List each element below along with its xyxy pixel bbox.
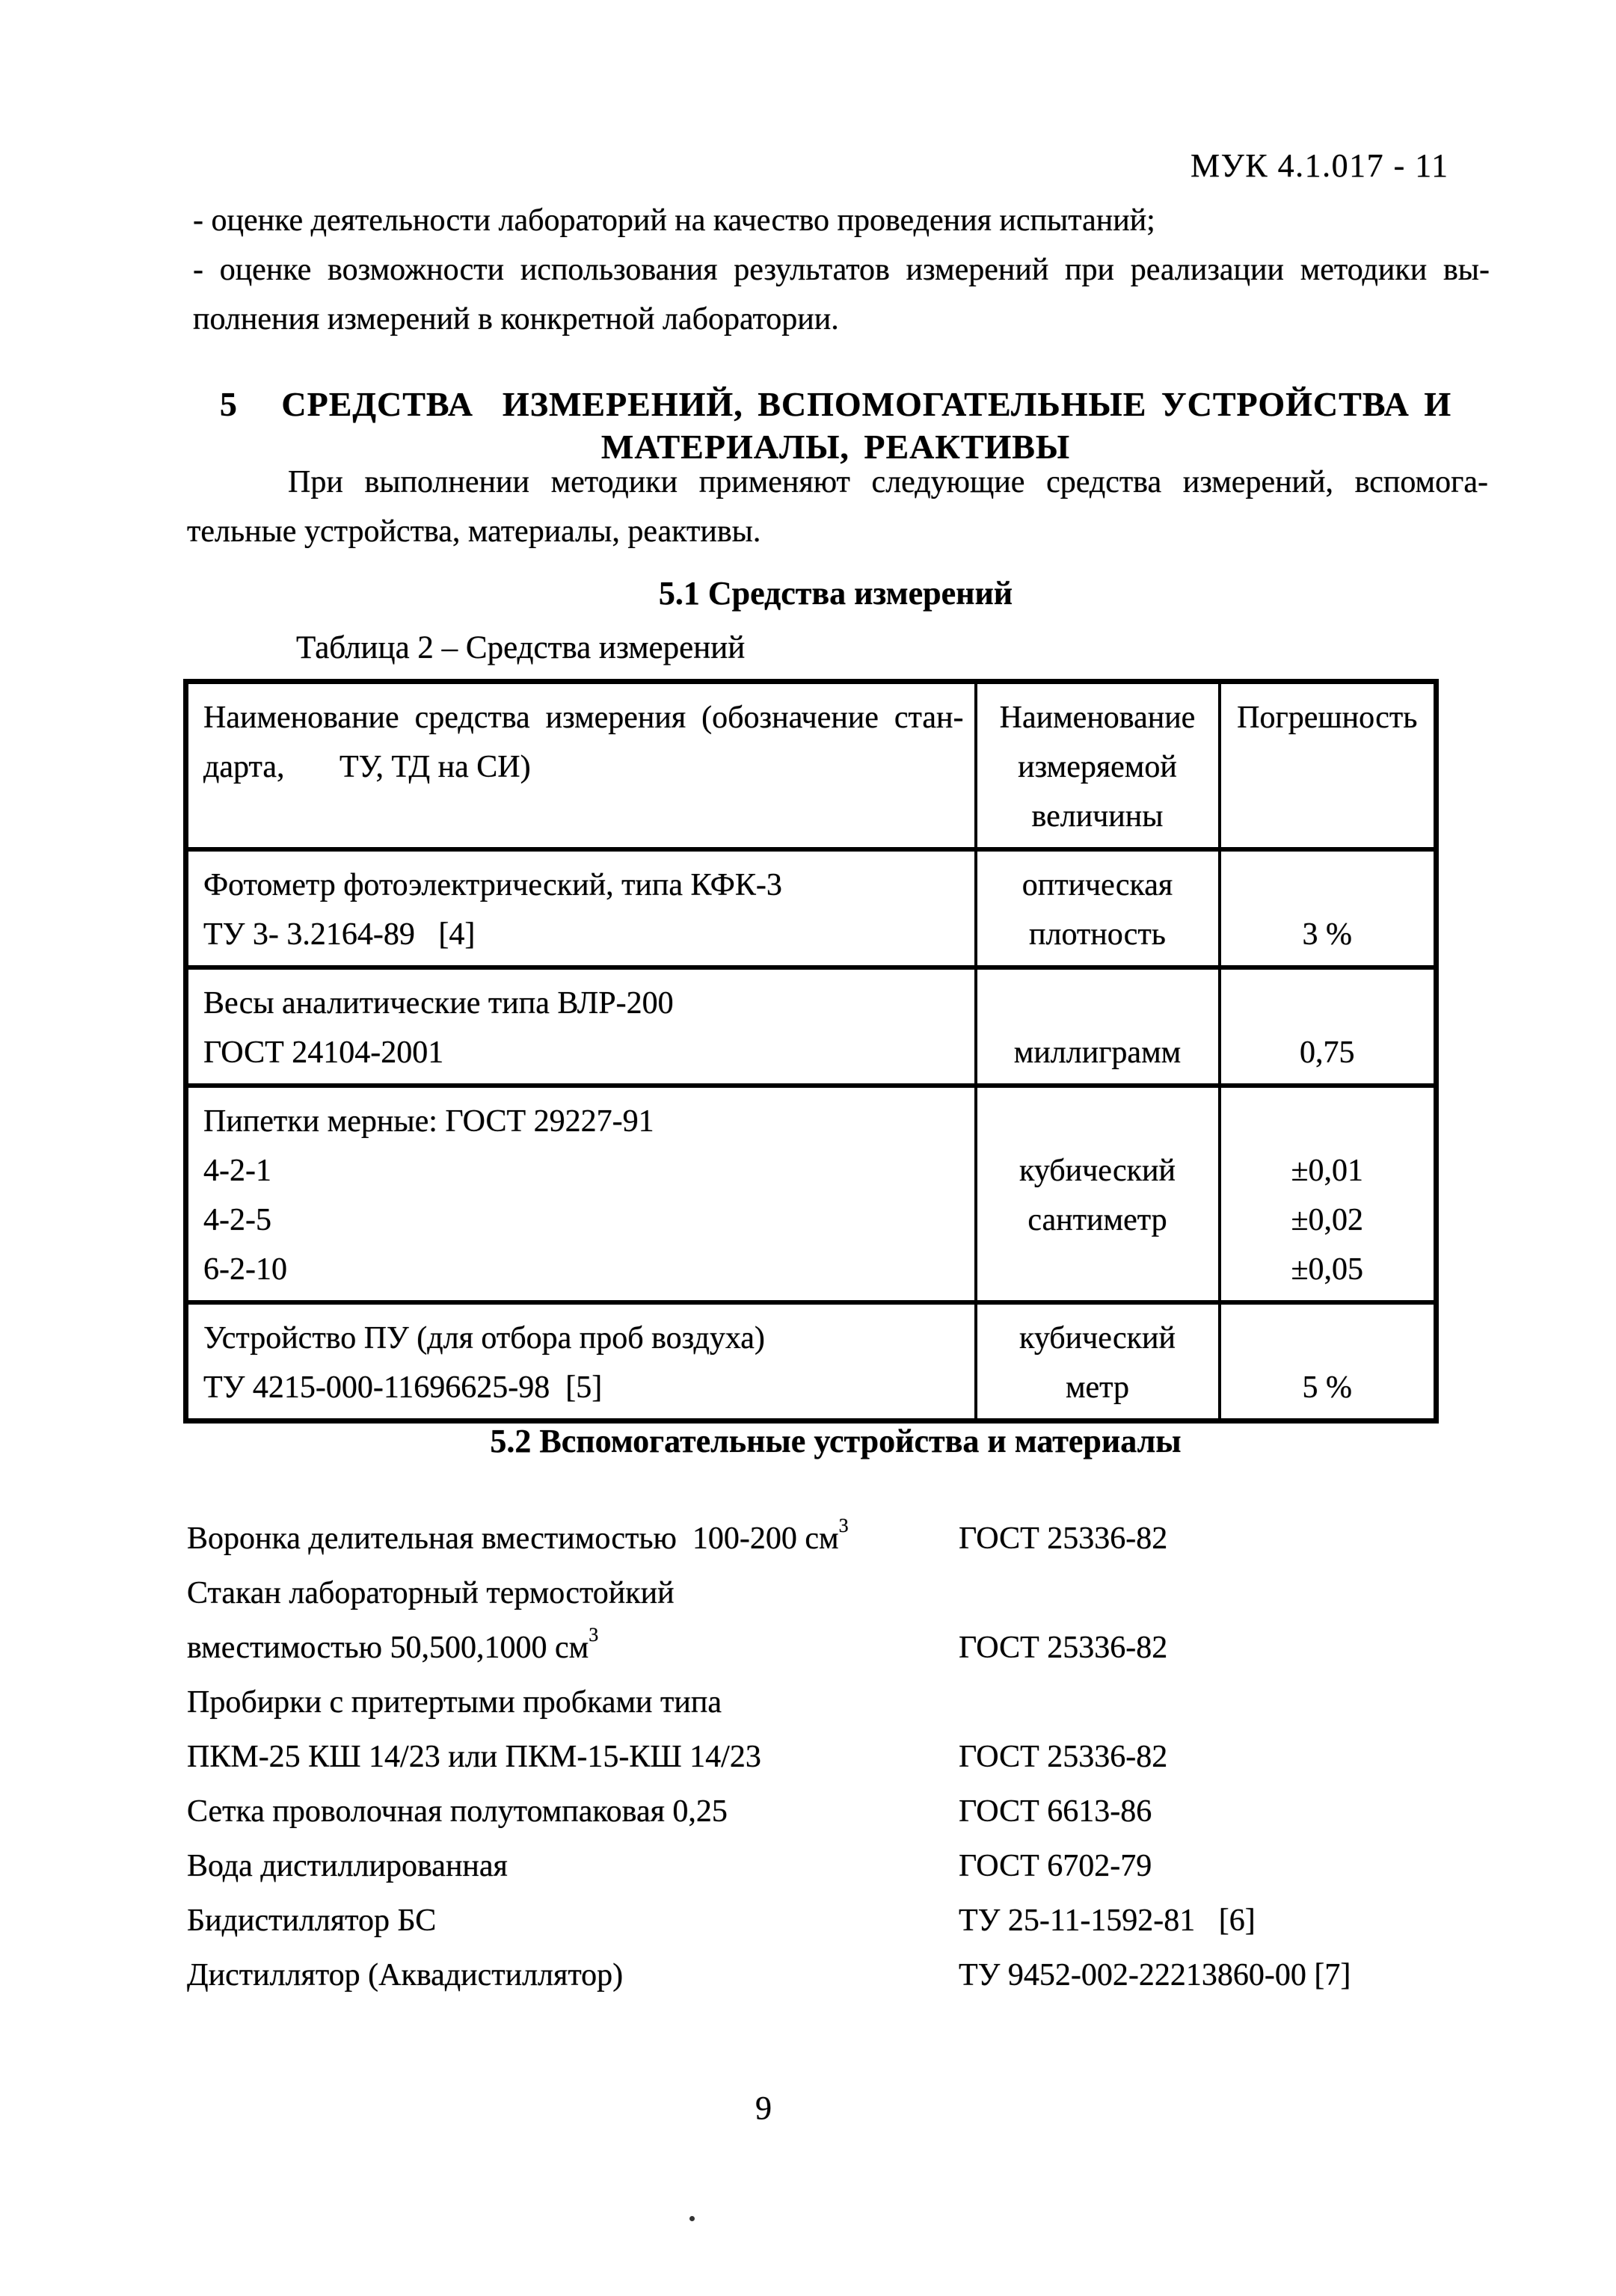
- list-item: Дистиллятор (Аквадистиллятор) ТУ 9452-00…: [187, 1948, 1503, 2003]
- superscript: 3: [589, 1624, 598, 1646]
- table-row: Устройство ПУ (для отбора проб воздуха) …: [186, 1302, 1437, 1421]
- list-item: вместимостью 50,500,1000 см3 ГОСТ 25336-…: [187, 1621, 1503, 1675]
- equipment-list: Воронка делительная вместимостью 100-200…: [187, 1512, 1503, 2003]
- document-page: МУК 4.1.017 - 11 - оценке деятельности л…: [0, 0, 1616, 2296]
- measurement-instruments-table: Наименование средства измерения (обознач…: [183, 679, 1439, 1424]
- section-5-2-heading: 5.2 Вспомогательные устройства и материа…: [183, 1422, 1488, 1460]
- list-item: ПКМ-25 КШ 14/23 или ПКМ-15-КШ 14/23 ГОСТ…: [187, 1730, 1503, 1785]
- list-item: Пробирки с притертыми пробками типа: [187, 1675, 1503, 1730]
- section-5-heading-line-1: 5 СРЕДСТВА ИЗМЕРЕНИЙ, ВСПОМОГАТЕЛЬНЫЕ УС…: [183, 383, 1488, 425]
- section-5-paragraph-line-2: тельные устройства, материалы, реактивы.: [187, 507, 1488, 556]
- header-cell-error: Погрешность: [1220, 682, 1437, 850]
- list-item: Сетка проволочная полутомпаковая 0,25 ГО…: [187, 1785, 1503, 1839]
- list-item: Бидистиллятор БС ТУ 25-11-1592-81 [6]: [187, 1894, 1503, 1948]
- section-5-heading: 5 СРЕДСТВА ИЗМЕРЕНИЙ, ВСПОМОГАТЕЛЬНЫЕ УС…: [183, 383, 1488, 468]
- intro-bullet-1: - оценке деятельности лабораторий на кач…: [193, 196, 1490, 245]
- section-5-1-heading: 5.1 Средства измерений: [183, 574, 1488, 612]
- intro-paragraphs: - оценке деятельности лабораторий на кач…: [193, 196, 1490, 344]
- page-number: 9: [0, 2089, 1527, 2127]
- intro-bullet-2-line-2: полнения измерений в конкретной лаборато…: [193, 295, 1490, 344]
- section-5-paragraph-line-1: При выполнении методики применяют следую…: [187, 458, 1488, 507]
- list-item: Стакан лабораторный термостойкий: [187, 1566, 1503, 1621]
- table-header-row: Наименование средства измерения (обознач…: [186, 682, 1437, 850]
- table-row: Весы аналитические типа ВЛР-200 ГОСТ 241…: [186, 967, 1437, 1086]
- header-cell-quantity: Наименование измеряемой величины: [976, 682, 1220, 850]
- table-row: Пипетки мерные: ГОСТ 29227-91 4-2-1 4-2-…: [186, 1086, 1437, 1302]
- list-item: Вода дистиллированная ГОСТ 6702-79: [187, 1839, 1503, 1894]
- section-5-paragraph: При выполнении методики применяют следую…: [187, 458, 1488, 556]
- list-item: Воронка делительная вместимостью 100-200…: [187, 1512, 1503, 1566]
- table-2-caption: Таблица 2 – Средства измерений: [296, 630, 745, 666]
- doc-code: МУК 4.1.017 - 11: [1191, 147, 1449, 185]
- intro-bullet-2-line-1: - оценке возможности использования резул…: [193, 245, 1490, 295]
- table-row: Фотометр фотоэлектрический, типа КФК-3 Т…: [186, 849, 1437, 967]
- scan-speck: [689, 2216, 695, 2221]
- header-cell-instrument: Наименование средства измерения (обознач…: [186, 682, 976, 850]
- superscript: 3: [839, 1515, 849, 1536]
